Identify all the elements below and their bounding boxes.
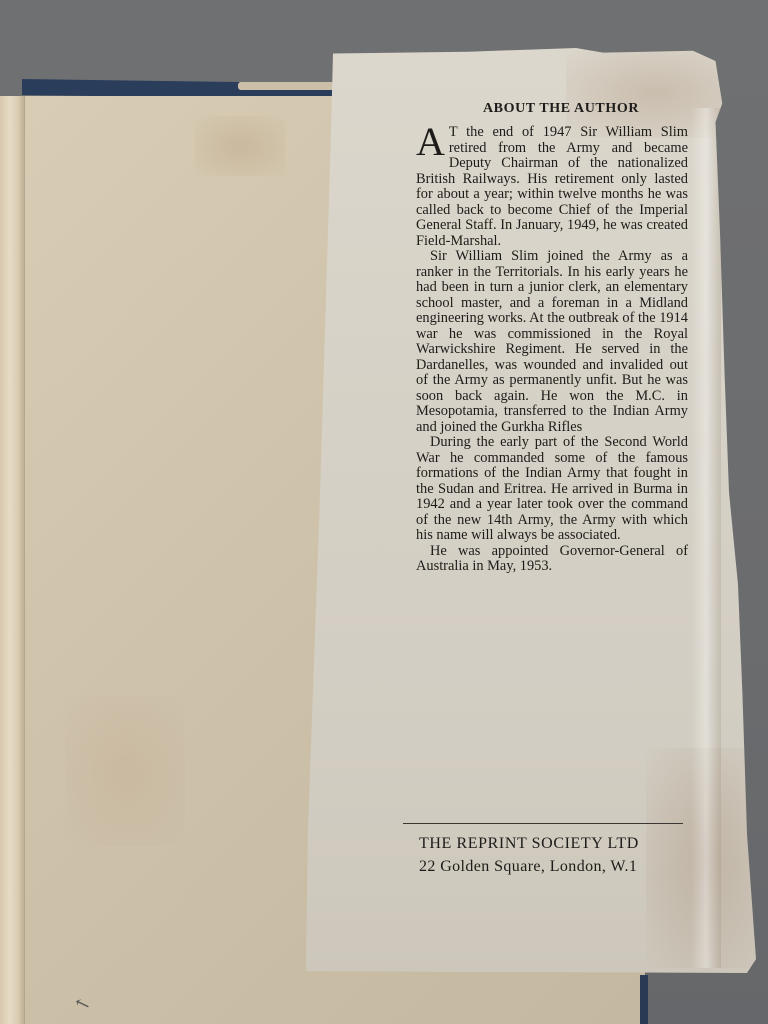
- dust-jacket-flap: ABOUT THE AUTHOR AT the end of 1947 Sir …: [306, 48, 756, 973]
- publisher-imprint: THE REPRINT SOCIETY LTD 22 Golden Square…: [419, 833, 639, 879]
- book-spine-edge: [0, 96, 24, 1024]
- photo-scene: ↖ ABOUT THE AUTHOR AT the end of 1947 Si…: [0, 0, 768, 1024]
- book-cover-corner: [640, 975, 648, 1024]
- page-stain: [195, 116, 285, 176]
- bio-paragraph: He was appointed Governor-General of Aus…: [416, 544, 688, 575]
- jacket-torn-edge: [238, 82, 338, 90]
- author-bio: ABOUT THE AUTHOR AT the end of 1947 Sir …: [416, 101, 688, 575]
- bio-paragraph: AT the end of 1947 Sir William Slim reti…: [416, 125, 688, 249]
- publisher-address: 22 Golden Square, London, W.1: [419, 855, 639, 879]
- jacket-fold: [691, 108, 721, 968]
- bio-paragraph: Sir William Slim joined the Army as a ra…: [416, 249, 688, 435]
- bio-heading: ABOUT THE AUTHOR: [416, 101, 688, 117]
- publisher-name: THE REPRINT SOCIETY LTD: [419, 833, 639, 855]
- bio-paragraph: During the early part of the Second Worl…: [416, 435, 688, 544]
- drop-cap: A: [416, 126, 445, 158]
- page-stain: [65, 696, 185, 846]
- divider-rule: [403, 823, 683, 824]
- bio-paragraph-text: T the end of 1947 Sir William Slim retir…: [416, 124, 688, 249]
